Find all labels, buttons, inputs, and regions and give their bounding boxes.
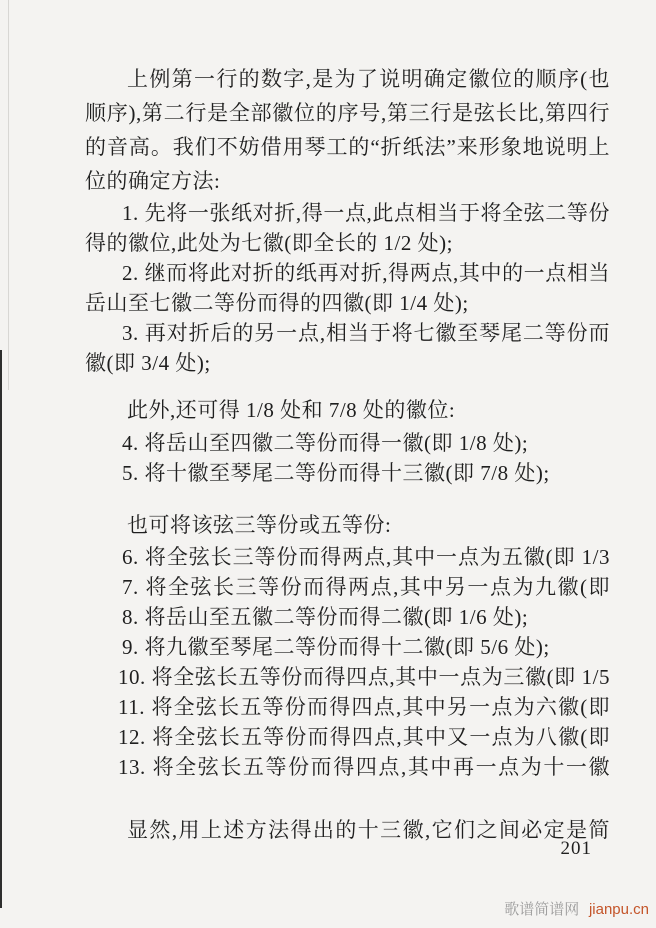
scanned-book-page: 上例第一行的数字,是为了说明确定徽位的顺序(也可用其他 顺序),第二行是全部徽位… [0,0,656,928]
scan-edge-shadow [0,350,2,908]
page-number: 201 [561,838,593,860]
list-item-9: 9. 将九徽至琴尾二等份而得十二徽(即 5/6 处); [85,632,610,662]
list-item-12: 12. 将全弦长五等份而得四点,其中又一点为八徽(即 3/5 处); [85,722,610,752]
intro-paragraph-line: 的音高。我们不妨借用琴工的“折纸法”来形象地说明上例各徽 [85,130,610,164]
list-item-2-line: 2. 继而将此对折的纸再对折,得两点,其中的一点相当于将 [85,258,610,288]
list-item-6: 6. 将全弦长三等份而得两点,其中一点为五徽(即 1/3 处); [85,542,610,572]
list-item-5: 5. 将十徽至琴尾二等份而得十三徽(即 7/8 处); [85,458,610,488]
intro-paragraph-line: 顺序),第二行是全部徽位的序号,第三行是弦长比,第四行是按音 [85,96,610,130]
list-item-11: 11. 将全弦长五等份而得四点,其中另一点为六徽(即 2/5 处); [85,692,610,722]
list-item-10: 10. 将全弦长五等份而得四点,其中一点为三徽(即 1/5 处); [85,662,610,692]
intro-paragraph-line: 上例第一行的数字,是为了说明确定徽位的顺序(也可用其他 [85,62,610,96]
list-item-3-line: 徽(即 3/4 处); [85,348,610,378]
list-item-7: 7. 将全弦长三等份而得两点,其中另一点为九徽(即 2/3 处); [85,572,610,602]
scan-edge-line [8,0,9,390]
watermark-site-name: 歌谱简谱网 [504,902,579,918]
closing-paragraph-line: 显然,用上述方法得出的十三徽,它们之间必定是简单的整数 [85,815,610,845]
section-note-thirds-fifths: 也可将该弦三等份或五等份: [85,510,610,540]
list-item-3-line: 3. 再对折后的另一点,相当于将七徽至琴尾二等份而得的十 [85,318,610,348]
watermark: 歌谱简谱网 jianpu.cn [504,901,649,919]
list-item-2-line: 岳山至七徽二等份而得的四徽(即 1/4 处); [85,288,610,318]
list-item-8: 8. 将岳山至五徽二等份而得二徽(即 1/6 处); [85,602,610,632]
watermark-site-url: jianpu.cn [589,901,649,918]
page-body: 上例第一行的数字,是为了说明确定徽位的顺序(也可用其他 顺序),第二行是全部徽位… [85,62,610,845]
list-item-4: 4. 将岳山至四徽二等份而得一徽(即 1/8 处); [85,428,610,458]
list-item-1-line: 得的徽位,此处为七徽(即全长的 1/2 处); [85,228,610,258]
list-item-13: 13. 将全弦长五等份而得四点,其中再一点为十一徽(即 4/5 处)。 [85,752,610,782]
list-item-1-line: 1. 先将一张纸对折,得一点,此点相当于将全弦二等份后所 [85,198,610,228]
section-note-eighths: 此外,还可得 1/8 处和 7/8 处的徽位: [85,395,610,425]
intro-paragraph-line: 位的确定方法: [85,164,610,198]
